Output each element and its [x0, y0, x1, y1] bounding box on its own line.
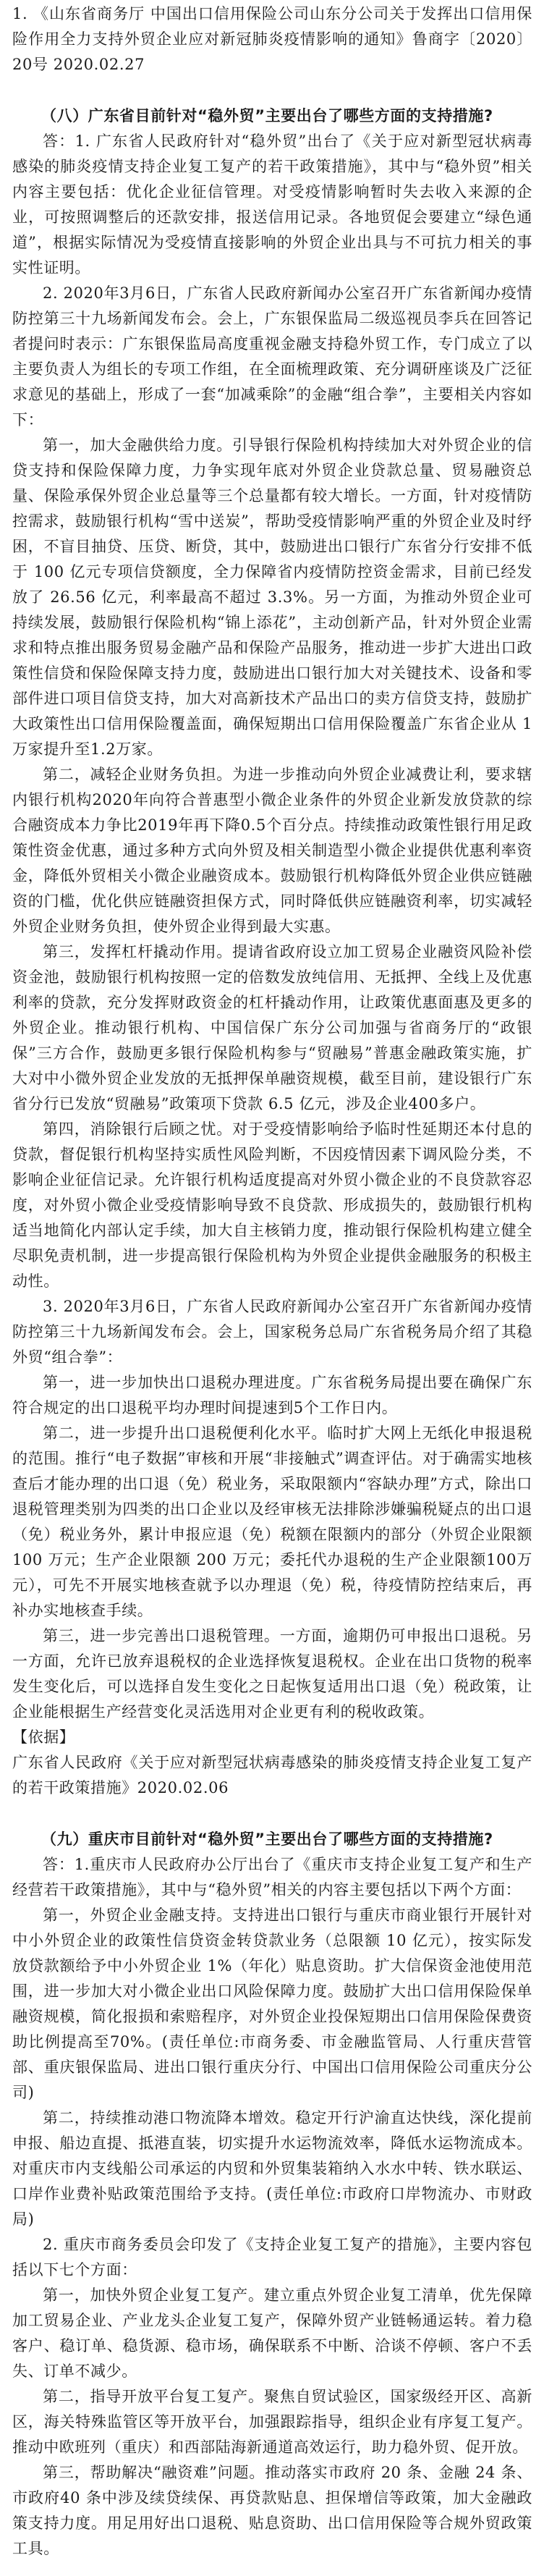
paragraph: 第一，外贸企业金融支持。支持进出口银行与重庆市商业银行开展针对中小外贸企业的政策…: [12, 1903, 532, 2106]
paragraph: 第四，消除银行后顾之忧。对于受疫情影响给予临时性延期还本付息的贷款，督促银行机构…: [12, 1117, 532, 1294]
paragraph: 答：1.重庆市人民政府办公厅出台了《重庆市支持企业复工复产和生产经营若干政策措施…: [12, 1852, 532, 1903]
paragraph: 第一，进一步加快出口退税办理进度。广东省税务局提出要在确保广东符合规定的出口退税…: [12, 1370, 532, 1421]
section-heading-guangdong: （八）广东省目前针对“稳外贸”主要出台了哪些方面的支持措施?: [12, 104, 532, 129]
section-chongqing: （九）重庆市目前针对“稳外贸”主要出台了哪些方面的支持措施? 答：1.重庆市人民…: [12, 1827, 532, 2562]
paragraph: 第三，进一步完善出口退税管理。一方面，逾期仍可申报出口退税。另一方面，允许已放弃…: [12, 1623, 532, 1725]
paragraph: 3. 2020年3月6日，广东省人民政府新闻办公室召开广东省新闻办疫情防控第三十…: [12, 1294, 532, 1370]
section-guangdong: （八）广东省目前针对“稳外贸”主要出台了哪些方面的支持措施? 答：1. 广东省人…: [12, 104, 532, 1801]
paragraph: 答：1. 广东省人民政府针对“稳外贸”出台了《关于应对新型冠状病毒感染的肺炎疫情…: [12, 129, 532, 281]
paragraph: 2. 2020年3月6日，广东省人民政府新闻办公室召开广东省新闻办疫情防控第三十…: [12, 281, 532, 433]
paragraph: 第一，加快外贸企业复工复产。建立重点外贸企业复工清单，优先保障加工贸易企业、产业…: [12, 2283, 532, 2384]
paragraph: 2. 重庆市商务委员会印发了《支持企业复工复产的措施》，主要内容包括以下七个方面…: [12, 2232, 532, 2283]
section-heading-chongqing: （九）重庆市目前针对“稳外贸”主要出台了哪些方面的支持措施?: [12, 1827, 532, 1852]
paragraph: 第二，减轻企业财务负担。为进一步推动向外贸企业减费让利，要求辖内银行机构2020…: [12, 762, 532, 939]
paragraph: 第二，进一步提升出口退税便利化水平。临时扩大网上无纸化申报退税的范围。推行“电子…: [12, 1421, 532, 1623]
paragraph: 第一，加大金融供给力度。引导银行保险机构持续加大对外贸企业的信贷支持和保险保障力…: [12, 433, 532, 762]
paragraph: 第三，帮助解决“融资难”问题。推动落实市政府 20 条、金融 24 条、市政府4…: [12, 2460, 532, 2562]
basis-label: 【依据】: [12, 1725, 532, 1750]
document-page: 1. 《山东省商务厅 中国出口信用保险公司山东分公司关于发挥出口信用保险作用全力…: [12, 1, 532, 2562]
paragraph: 第二，指导开放平台复工复产。聚焦自贸试验区，国家级经开区、高新区，海关特殊监管区…: [12, 2384, 532, 2460]
paragraph: 第二，持续推动港口物流降本增效。稳定开行沪渝直达快线，深化提前申报、船边直提、抵…: [12, 2106, 532, 2232]
reference-citation-shandong: 1. 《山东省商务厅 中国出口信用保险公司山东分公司关于发挥出口信用保险作用全力…: [12, 1, 532, 77]
paragraph: 第三，发挥杠杆撬动作用。提请省政府设立加工贸易企业融资风险补偿资金池，鼓励银行机…: [12, 939, 532, 1117]
basis-citation: 广东省人民政府《关于应对新型冠状病毒感染的肺炎疫情支持企业复工复产的若干政策措施…: [12, 1750, 532, 1801]
